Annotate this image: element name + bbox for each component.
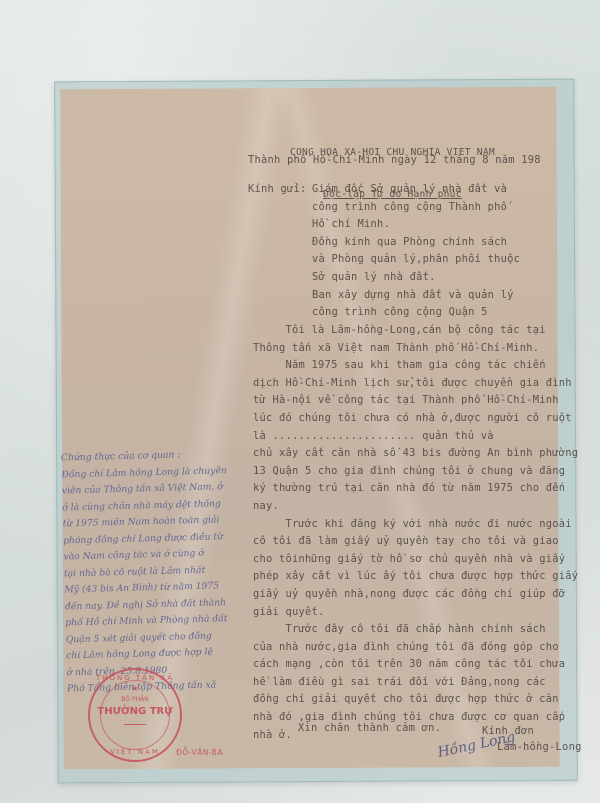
body-line: là ...................... quản thủ và xyxy=(253,428,578,446)
stamp-bottom-text: VIỆT NAM xyxy=(90,748,180,756)
addressee-line: công trình công cộng Thành phố xyxy=(312,199,520,217)
body-line: chủ xây cất căn nhà số 43 bis đường An b… xyxy=(253,445,578,463)
body-line: giấy uỷ quyền nhà,nong được các đồng chí… xyxy=(253,586,578,604)
star-icon: ★ xyxy=(90,684,180,693)
addressee-line: công trình công cộng Quận 5 xyxy=(312,304,520,322)
body-line: lúc đó chúng tôi chưa có nhà ở,được ngườ… xyxy=(253,410,578,428)
body-line: nay. xyxy=(253,498,578,516)
body-line: cho tôinhững giấy tờ hồ sơ chủ quyền nhà… xyxy=(253,551,578,569)
body-line: cô tôi đã làm giấy uỷ quyền tay cho tôi … xyxy=(253,533,578,551)
body-line: Tôi là Lâm-hồng-Long,cán bộ công tác tại xyxy=(253,322,578,340)
closing-line: Xin chân thành cảm ơn. xyxy=(298,720,441,738)
stamp-signer-name: ĐỖ-VĂN-BA xyxy=(176,748,223,757)
date-line: Thành phố Hồ-Chí-Minh ngày 12 tháng 8 nă… xyxy=(248,152,541,170)
body-line: Trước đây cô tôi đã chấp hành chính sách xyxy=(253,621,578,639)
addressee-lines: Giám đốc Sở quản lý nhà đất vàcông trình… xyxy=(312,181,520,322)
body-line: 13 Quận 5 cho gia đình chúng tôi ở chung… xyxy=(253,463,578,481)
body-line: Năm 1975 sau khi tham gia công tác chiến xyxy=(253,357,578,375)
body-line: phép xây cất vì lúc ấy tôi chưa được hợp… xyxy=(253,568,578,586)
body-line: Thông tấn xã Việt nam Thành phố Hồ-Chí-M… xyxy=(253,340,578,358)
body-line: dịch Hồ-Chí-Minh lịch sử,tôi được chuyển… xyxy=(253,375,578,393)
body-line: Trước khi đăng ký với nhà nước đi nước n… xyxy=(253,516,578,534)
handwritten-certification-note: Chứng thực của cơ quan :Đồng chí Lâm hồn… xyxy=(61,446,253,698)
addressee-block: Kính gửi: Giám đốc Sở quản lý nhà đất và… xyxy=(248,181,261,234)
stamp-rule xyxy=(124,724,146,725)
stamp-dept: BỘ PHẬN xyxy=(90,696,180,703)
letter-body: Tôi là Lâm-hồng-Long,cán bộ công tác tại… xyxy=(253,322,578,744)
addressee-label: Kính gửi: xyxy=(248,181,307,199)
stamp-main: THƯỜNG TRỰ xyxy=(90,706,180,717)
addressee-line: Ban xây dựng nhà đất và quản lý xyxy=(312,287,520,305)
addressee-line: Giám đốc Sở quản lý nhà đất và xyxy=(312,181,520,199)
body-line: giải quyết. xyxy=(253,604,578,622)
stamp-top-text: THÔNG TẤN XÃ xyxy=(90,674,180,682)
official-red-stamp: THÔNG TẤN XÃ ★ BỘ PHẬN THƯỜNG TRỰ VIỆT N… xyxy=(88,668,182,762)
addressee-line: Hồ chí Minh. xyxy=(312,216,520,234)
addressee-line: Sở quản lý nhà đất. xyxy=(312,269,520,287)
body-line: của nhà nước,gia đình chúng tôi đã đóng … xyxy=(253,639,578,657)
body-line: ký thường trú tại căn nhà đó từ năm 1975… xyxy=(253,480,578,498)
body-line: từ Hà-nội về công tác tại Thành phố Hồ-C… xyxy=(253,392,578,410)
addressee-line: và Phòng quản lý,phân phối thuộc xyxy=(312,251,520,269)
addressee-line: Đồng kính qua Phòng chính sách xyxy=(312,234,520,252)
body-line: đồng chí giải quyết cho tôi được hợp thứ… xyxy=(253,691,578,709)
body-line: hề làm điều gì sai trái đối với Đảng,non… xyxy=(253,674,578,692)
body-line: cách mạng ,còn tôi trên 30 năm công tác … xyxy=(253,656,578,674)
